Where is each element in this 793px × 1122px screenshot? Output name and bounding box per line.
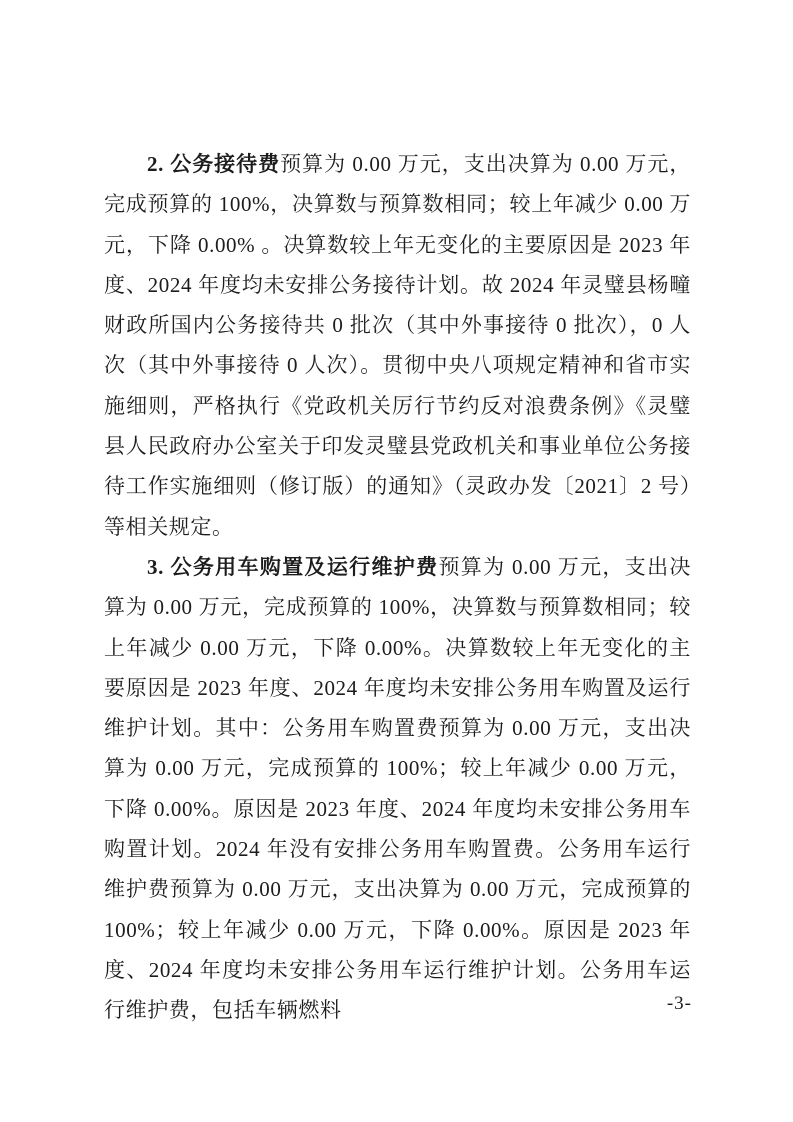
- document-body: 2. 公务接待费预算为 0.00 万元，支出决算为 0.00 万元，完成预算的 …: [104, 144, 691, 1031]
- page-number: -3-: [667, 993, 692, 1015]
- paragraph-text: 预算为 0.00 万元，支出决算为 0.00 万元，完成预算的 100%，决算数…: [104, 152, 691, 539]
- paragraph-official-vehicle-expense: 3. 公务用车购置及运行维护费预算为 0.00 万元，支出决算为 0.00 万元…: [104, 547, 691, 1031]
- paragraph-heading: 2. 公务接待费: [147, 152, 280, 176]
- paragraph-heading: 3. 公务用车购置及运行维护费: [147, 555, 438, 579]
- paragraph-text: 预算为 0.00 万元，支出决算为 0.00 万元，完成预算的 100%，决算数…: [104, 555, 691, 1022]
- paragraph-official-reception-expense: 2. 公务接待费预算为 0.00 万元，支出决算为 0.00 万元，完成预算的 …: [104, 144, 691, 547]
- document-page: 2. 公务接待费预算为 0.00 万元，支出决算为 0.00 万元，完成预算的 …: [0, 0, 793, 1122]
